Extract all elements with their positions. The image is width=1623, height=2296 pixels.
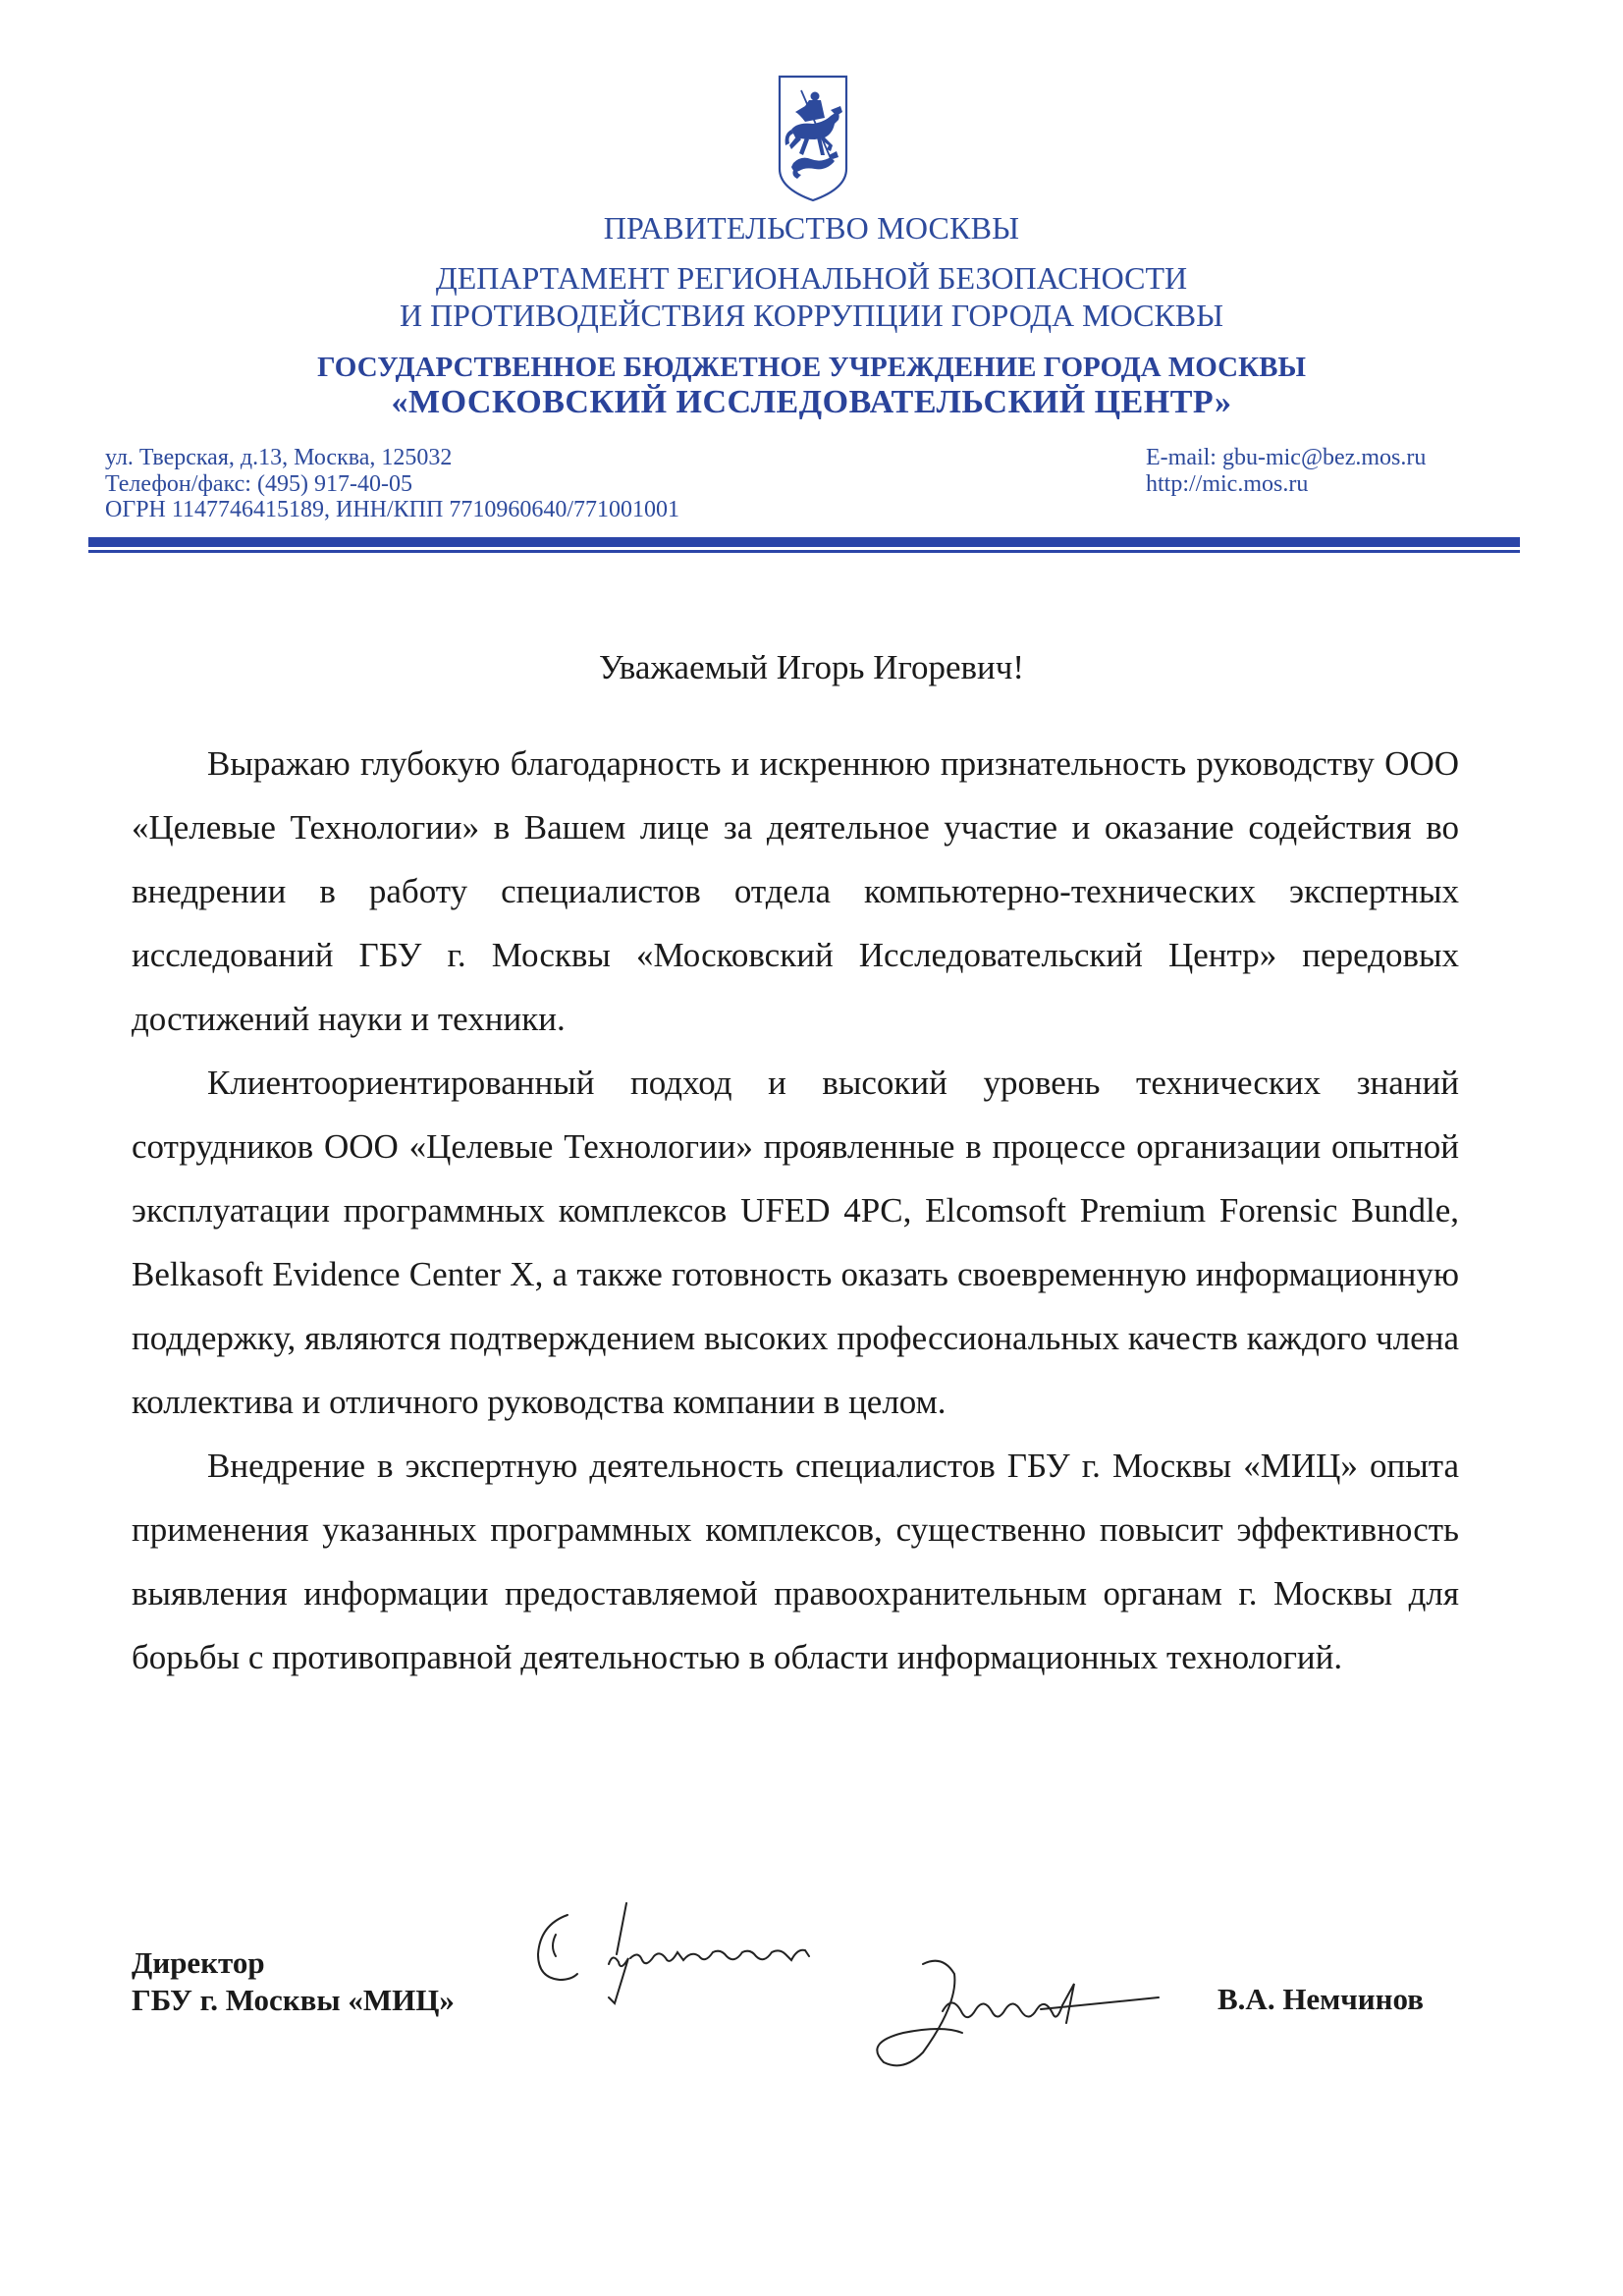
moscow-coat-of-arms-icon (776, 73, 850, 204)
letter-body: Выражаю глубокую благодарность и искренн… (132, 732, 1459, 1689)
body-paragraph: Выражаю глубокую благодарность и искренн… (132, 732, 1459, 1051)
phone-fax: Телефон/факс: (495) 917-40-05 (105, 471, 679, 498)
government-name: ПРАВИТЕЛЬСТВО МОСКВЫ (0, 210, 1623, 246)
salutation: Уважаемый Игорь Игоревич! (0, 648, 1623, 687)
email[interactable]: E-mail: gbu-mic@bez.mos.ru (1146, 445, 1426, 471)
contacts-right: E-mail: gbu-mic@bez.mos.ru http://mic.mo… (1146, 445, 1426, 497)
letterhead-divider-thin (88, 550, 1520, 553)
letterhead-divider-thick (88, 537, 1520, 547)
department-name-line-2: И ПРОТИВОДЕЙСТВИЯ КОРРУПЦИИ ГОРОДА МОСКВ… (0, 298, 1623, 334)
registration-numbers: ОГРН 1147746415189, ИНН/КПП 7710960640/7… (105, 497, 679, 523)
contacts-left: ул. Тверская, д.13, Москва, 125032 Телеф… (105, 445, 679, 523)
position-line-2: ГБУ г. Москвы «МИЦ» (132, 1982, 455, 2019)
signatory-name: В.А. Немчинов (1217, 1982, 1424, 2017)
body-paragraph: Клиентоориентированный подход и высокий … (132, 1051, 1459, 1434)
institution-name-line-1: ГОСУДАРСТВЕННОЕ БЮДЖЕТНОЕ УЧРЕЖДЕНИЕ ГОР… (0, 352, 1623, 384)
signatory-position: Директор ГБУ г. Москвы «МИЦ» (132, 1944, 455, 2019)
position-line-1: Директор (132, 1944, 455, 1982)
website-link[interactable]: http://mic.mos.ru (1146, 471, 1426, 498)
handwritten-signature (511, 1895, 1198, 2092)
address: ул. Тверская, д.13, Москва, 125032 (105, 445, 679, 471)
body-paragraph: Внедрение в экспертную деятельность спец… (132, 1434, 1459, 1689)
institution-name-line-2: «МОСКОВСКИЙ ИССЛЕДОВАТЕЛЬСКИЙ ЦЕНТР» (0, 384, 1623, 421)
department-name-line-1: ДЕПАРТАМЕНТ РЕГИОНАЛЬНОЙ БЕЗОПАСНОСТИ (0, 260, 1623, 297)
